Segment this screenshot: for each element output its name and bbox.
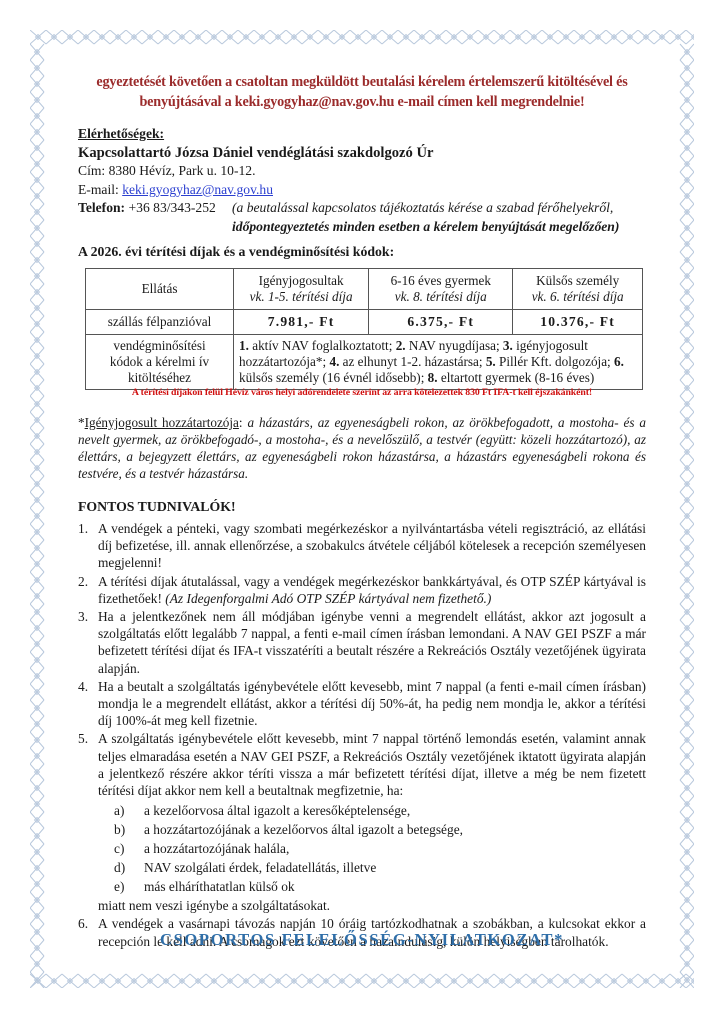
condition-text: más elháríthatatlan külső ok <box>144 879 295 894</box>
price-entitled: 7.981,- Ft <box>234 310 369 335</box>
condition-item: c)a hozzátartozójának halála, <box>98 839 646 858</box>
footnote-star: * <box>78 415 85 430</box>
fees-title: A 2026. évi térítési díjak és a vendégmi… <box>78 244 394 260</box>
condition-letter: b) <box>114 820 125 839</box>
condition-item: e)más elháríthatatlan külső ok <box>98 877 646 896</box>
table-row: szállás félpanzióval 7.981,- Ft 6.375,- … <box>86 310 643 335</box>
address-value: 8380 Hévíz, Park u. 10-12. <box>109 163 256 178</box>
footnote-term: Igényjogosult hozzátartozója <box>85 415 239 430</box>
footnote-colon: : <box>239 415 248 430</box>
codes-label-line: kódok a kérelmi ív <box>90 354 229 370</box>
price-row-label: szállás félpanzióval <box>86 310 234 335</box>
phone-block: Telefon: +36 83/343-252 <box>78 199 232 236</box>
codes-label-line: vendégminősítési <box>90 338 229 354</box>
header-main: Igényjogosultak <box>238 273 364 289</box>
email-line: E-mail: keki.gyogyhaz@nav.gov.hu <box>78 181 646 200</box>
table-row: vendégminősítési kódok a kérelmi ív kitö… <box>86 335 643 390</box>
condition-text: a hozzátartozójának a kezelőorvos által … <box>144 822 463 837</box>
rule-number: 2. <box>78 573 88 590</box>
rule-item: 5.A szolgáltatás igénybevétele előtt kev… <box>78 730 646 914</box>
phone-note: (a beutalással kapcsolatos tájékoztatás … <box>232 199 619 236</box>
email-link[interactable]: keki.gyogyhaz@nav.gov.hu <box>122 182 273 197</box>
rule-conditions-list: a)a kezelőorvosa által igazolt a keresők… <box>98 801 646 896</box>
phone-number: +36 83/343-252 <box>128 200 215 215</box>
header-sub: vk. 1-5. térítési díja <box>238 289 364 305</box>
fees-table: Ellátás Igényjogosultakvk. 1-5. térítési… <box>85 268 643 390</box>
phone-line: Telefon: +36 83/343-252 (a beutalással k… <box>78 199 646 236</box>
code-number: 3. <box>503 338 513 353</box>
contact-person: Kapcsolattartó Józsa Dániel vendéglátási… <box>78 144 646 163</box>
contacts-section: Elérhetőségek: Kapcsolattartó Józsa Dáni… <box>78 125 646 236</box>
condition-item: d)NAV szolgálati érdek, feladatellátás, … <box>98 858 646 877</box>
header-cell: Igényjogosultakvk. 1-5. térítési díja <box>234 269 369 310</box>
rule-number: 3. <box>78 608 88 625</box>
address-label: Cím: <box>78 163 105 178</box>
code-number: 2. <box>396 338 406 353</box>
address-line: Cím: 8380 Hévíz, Park u. 10-12. <box>78 162 646 181</box>
condition-letter: e) <box>114 877 124 896</box>
phone-label: Telefon: <box>78 200 125 215</box>
intro-line-1: egyeztetését követően a csatoltan megkül… <box>78 72 646 92</box>
rule-item: 4.Ha a beutalt a szolgáltatás igénybevét… <box>78 678 646 730</box>
contacts-heading: Elérhetőségek: <box>78 125 646 144</box>
codes-row-label: vendégminősítési kódok a kérelmi ív kitö… <box>86 335 234 390</box>
rule-number: 5. <box>78 730 88 747</box>
condition-text: a hozzátartozójának halála, <box>144 841 289 856</box>
rule-text: A vendégek a pénteki, vagy szombati megé… <box>98 521 646 570</box>
rule-item: 1.A vendégek a pénteki, vagy szombati me… <box>78 520 646 572</box>
rule-text: A szolgáltatás igénybevétele előtt keves… <box>98 731 646 798</box>
phone-note-line-1: (a beutalással kapcsolatos tájékoztatás … <box>232 199 619 218</box>
important-title: FONTOS TUDNIVALÓK! <box>78 499 236 515</box>
code-description: eltartott gyermek (8-16 éves) <box>438 370 595 385</box>
codes-label-line: kitöltéséhez <box>90 370 229 386</box>
rule-text: Ha a beutalt a szolgáltatás igénybevétel… <box>98 679 646 728</box>
header-main: 6-16 éves gyermek <box>373 273 508 289</box>
group-liability-title: CSOPORTOS FELELŐSSÉG-NYILATKOZAT* <box>78 930 646 950</box>
header-main: Ellátás <box>90 281 229 297</box>
fees-header-row: Ellátás Igényjogosultakvk. 1-5. térítési… <box>86 269 643 310</box>
code-description: Pillér Kft. dolgozója; <box>496 354 614 369</box>
code-number: 4. <box>329 354 339 369</box>
header-cell: Ellátás <box>86 269 234 310</box>
intro-line-2: benyújtásával a keki.gyogyhaz@nav.gov.hu… <box>78 92 646 112</box>
rule-number: 1. <box>78 520 88 537</box>
rule-text: Ha a jelentkezőnek nem áll módjában igén… <box>98 609 646 676</box>
guest-codes-list: 1. aktív NAV foglalkoztatott; 2. NAV nyu… <box>234 335 643 390</box>
intro-notice: egyeztetését követően a csatoltan megkül… <box>78 72 646 112</box>
condition-item: b)a hozzátartozójának a kezelőorvos álta… <box>98 820 646 839</box>
header-sub: vk. 8. térítési díja <box>373 289 508 305</box>
phone-note-line-2: időpontegyeztetés minden esetben a kérel… <box>232 218 619 237</box>
code-number: 5. <box>486 354 496 369</box>
header-cell: Külsős személyvk. 6. térítési díja <box>513 269 643 310</box>
header-sub: vk. 6. térítési díja <box>517 289 638 305</box>
code-number: 8. <box>428 370 438 385</box>
email-label: E-mail: <box>78 182 119 197</box>
condition-text: a kezelőorvosa által igazolt a keresőkép… <box>144 803 410 818</box>
code-description: külsős személy (16 évnél idősebb); <box>239 370 428 385</box>
rule-conclusion: miatt nem veszi igénybe a szolgáltatások… <box>98 897 646 914</box>
header-main: Külsős személy <box>517 273 638 289</box>
rule-note: (Az Idegenforgalmi Adó OTP SZÉP kártyáva… <box>165 591 491 606</box>
condition-letter: c) <box>114 839 124 858</box>
price-child: 6.375,- Ft <box>369 310 513 335</box>
footnote-relative-definition: *Igényjogosult hozzátartozója: a házastá… <box>78 414 646 482</box>
rule-item: 3.Ha a jelentkezőnek nem áll módjában ig… <box>78 608 646 677</box>
tax-note: A térítési díjakon felül Hévíz város hel… <box>78 387 646 398</box>
price-external: 10.376,- Ft <box>513 310 643 335</box>
code-number: 6. <box>614 354 624 369</box>
rule-item: 2.A térítési díjak átutalással, vagy a v… <box>78 573 646 607</box>
condition-letter: a) <box>114 801 124 820</box>
code-description: az elhunyt 1-2. házastársa; <box>339 354 485 369</box>
condition-letter: d) <box>114 858 125 877</box>
condition-item: a)a kezelőorvosa által igazolt a keresők… <box>98 801 646 820</box>
important-rules-list: 1.A vendégek a pénteki, vagy szombati me… <box>78 520 646 951</box>
code-description: NAV nyugdíjasa; <box>406 338 503 353</box>
rule-number: 4. <box>78 678 88 695</box>
code-number: 1. <box>239 338 249 353</box>
condition-text: NAV szolgálati érdek, feladatellátás, il… <box>144 860 376 875</box>
code-description: aktív NAV foglalkoztatott; <box>249 338 396 353</box>
header-cell: 6-16 éves gyermekvk. 8. térítési díja <box>369 269 513 310</box>
